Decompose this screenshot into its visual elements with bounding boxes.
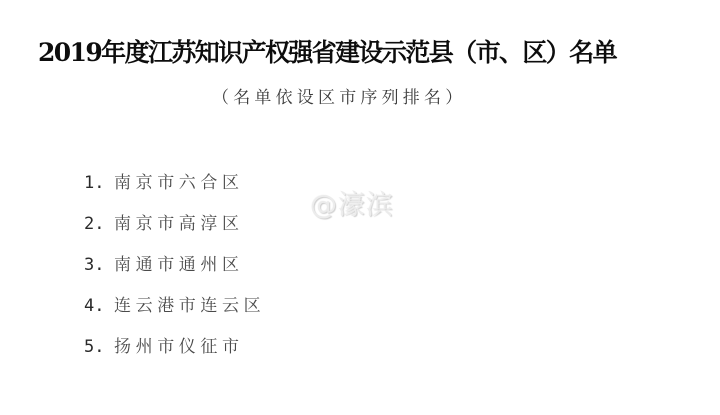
list-item: 5. 扬州市仪征市 [84,333,265,374]
county-list: 1. 南京市六合区 2. 南京市高淳区 3. 南通市通州区 4. 连云港市连云区… [84,169,265,374]
list-item-number: 4. [84,292,114,320]
page-subtitle: （名单依设区市序列排名） [212,86,466,110]
list-item-number: 1. [84,169,114,197]
list-item: 4. 连云港市连云区 [84,292,265,333]
list-item-number: 2. [84,210,114,238]
list-item-name: 连云港市连云区 [114,292,265,320]
page-title: 2019年度江苏知识产权强省建设示范县（市、区）名单 [38,36,678,70]
list-item-name: 南京市六合区 [114,169,244,197]
list-item-name: 扬州市仪征市 [114,333,244,361]
list-item-number: 3. [84,251,114,279]
watermark: @濠滨 [310,188,394,224]
list-item-name: 南通市通州区 [114,251,244,279]
list-item-name: 南京市高淳区 [114,210,244,238]
list-item-number: 5. [84,333,114,361]
list-item: 2. 南京市高淳区 [84,210,265,251]
list-item: 1. 南京市六合区 [84,169,265,210]
list-item: 3. 南通市通州区 [84,251,265,292]
